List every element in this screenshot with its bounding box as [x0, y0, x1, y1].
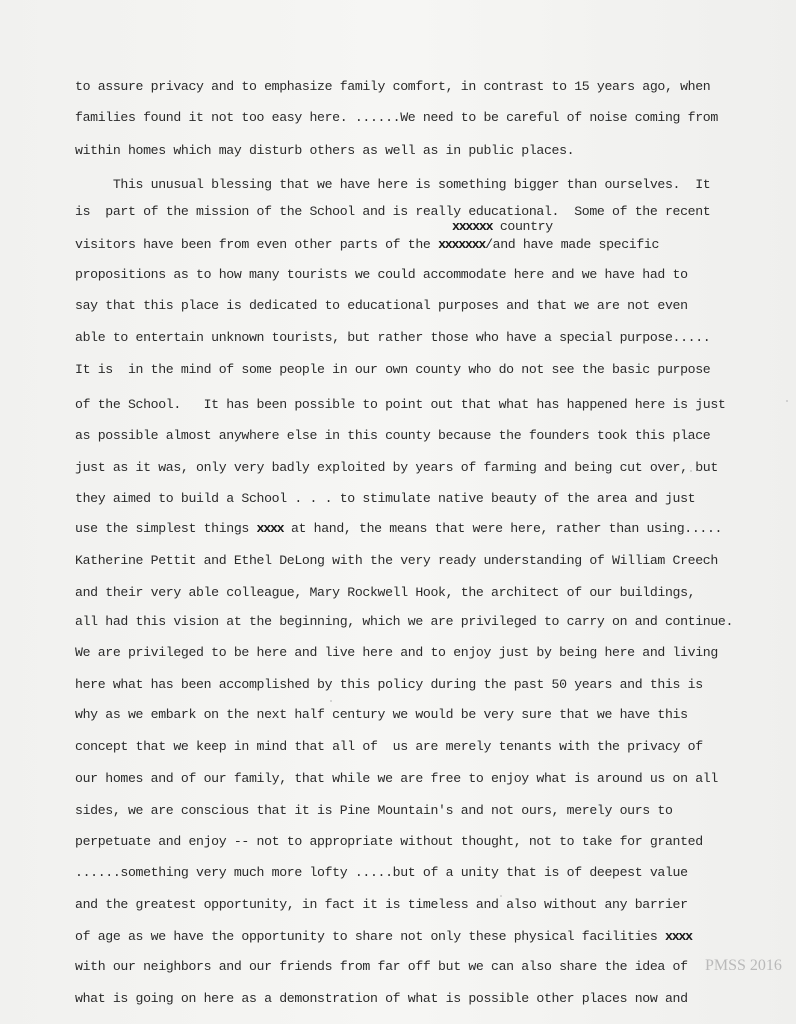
text-line-15: use the simplest things xxxx at hand, th… [75, 521, 722, 537]
text-line-20: here what has been accomplished by this … [75, 677, 703, 693]
text-line-11: of the School. It has been possible to p… [75, 397, 726, 413]
text-line-14: they aimed to build a School . . . to st… [75, 491, 695, 507]
text-line-26: ......something very much more lofty ...… [75, 865, 688, 881]
watermark: PMSS 2016 [705, 957, 782, 975]
paper-speck [330, 700, 332, 702]
inserted-word: country [492, 219, 553, 234]
text-line-23: our homes and of our family, that while … [75, 771, 718, 787]
struck-text: xxxxxx [452, 219, 492, 234]
insertion-line: xxxxxx country [452, 219, 553, 235]
text-segment: at hand, the means that were here, rathe… [283, 521, 722, 536]
text-line-4: This unusual blessing that we have here … [75, 177, 710, 193]
text-line-12: as possible almost anywhere else in this… [75, 428, 710, 444]
struck-text: xxxx [257, 521, 284, 536]
text-line-3: within homes which may disturb others as… [75, 143, 574, 159]
text-line-13: just as it was, only very badly exploite… [75, 460, 718, 476]
text-line-25: perpetuate and enjoy -- not to appropria… [75, 834, 703, 850]
text-line-30: what is going on here as a demonstration… [75, 991, 688, 1007]
text-line-1: to assure privacy and to emphasize famil… [75, 79, 710, 95]
struck-text: xxxx [665, 929, 692, 944]
paper-speck [786, 400, 788, 402]
text-segment: /and have made specific [485, 237, 659, 252]
text-line-28: of age as we have the opportunity to sha… [75, 929, 692, 945]
text-line-10: It is in the mind of some people in our … [75, 362, 710, 378]
document-page: PMSS 2016 to assure privacy and to empha… [0, 0, 796, 1024]
text-line-6: visitors have been from even other parts… [75, 237, 659, 253]
text-line-21: why as we embark on the next half centur… [75, 707, 688, 723]
text-line-27: and the greatest opportunity, in fact it… [75, 897, 688, 913]
text-segment: use the simplest things [75, 521, 257, 536]
text-line-22: concept that we keep in mind that all of… [75, 739, 703, 755]
text-segment: visitors have been from even other parts… [75, 237, 438, 252]
text-line-2: families found it not too easy here. ...… [75, 110, 718, 126]
text-line-29: with our neighbors and our friends from … [75, 959, 688, 975]
text-line-16: Katherine Pettit and Ethel DeLong with t… [75, 553, 718, 569]
text-line-5: is part of the mission of the School and… [75, 204, 710, 220]
text-line-18: all had this vision at the beginning, wh… [75, 614, 733, 630]
text-line-24: sides, we are conscious that it is Pine … [75, 803, 673, 819]
struck-text: xxxxxxx [438, 237, 485, 252]
text-line-9: able to entertain unknown tourists, but … [75, 330, 710, 346]
text-segment: of age as we have the opportunity to sha… [75, 929, 665, 944]
text-line-19: We are privileged to be here and live he… [75, 645, 718, 661]
text-line-8: say that this place is dedicated to educ… [75, 298, 688, 314]
text-line-17: and their very able colleague, Mary Rock… [75, 585, 695, 601]
text-line-7: propositions as to how many tourists we … [75, 267, 688, 283]
